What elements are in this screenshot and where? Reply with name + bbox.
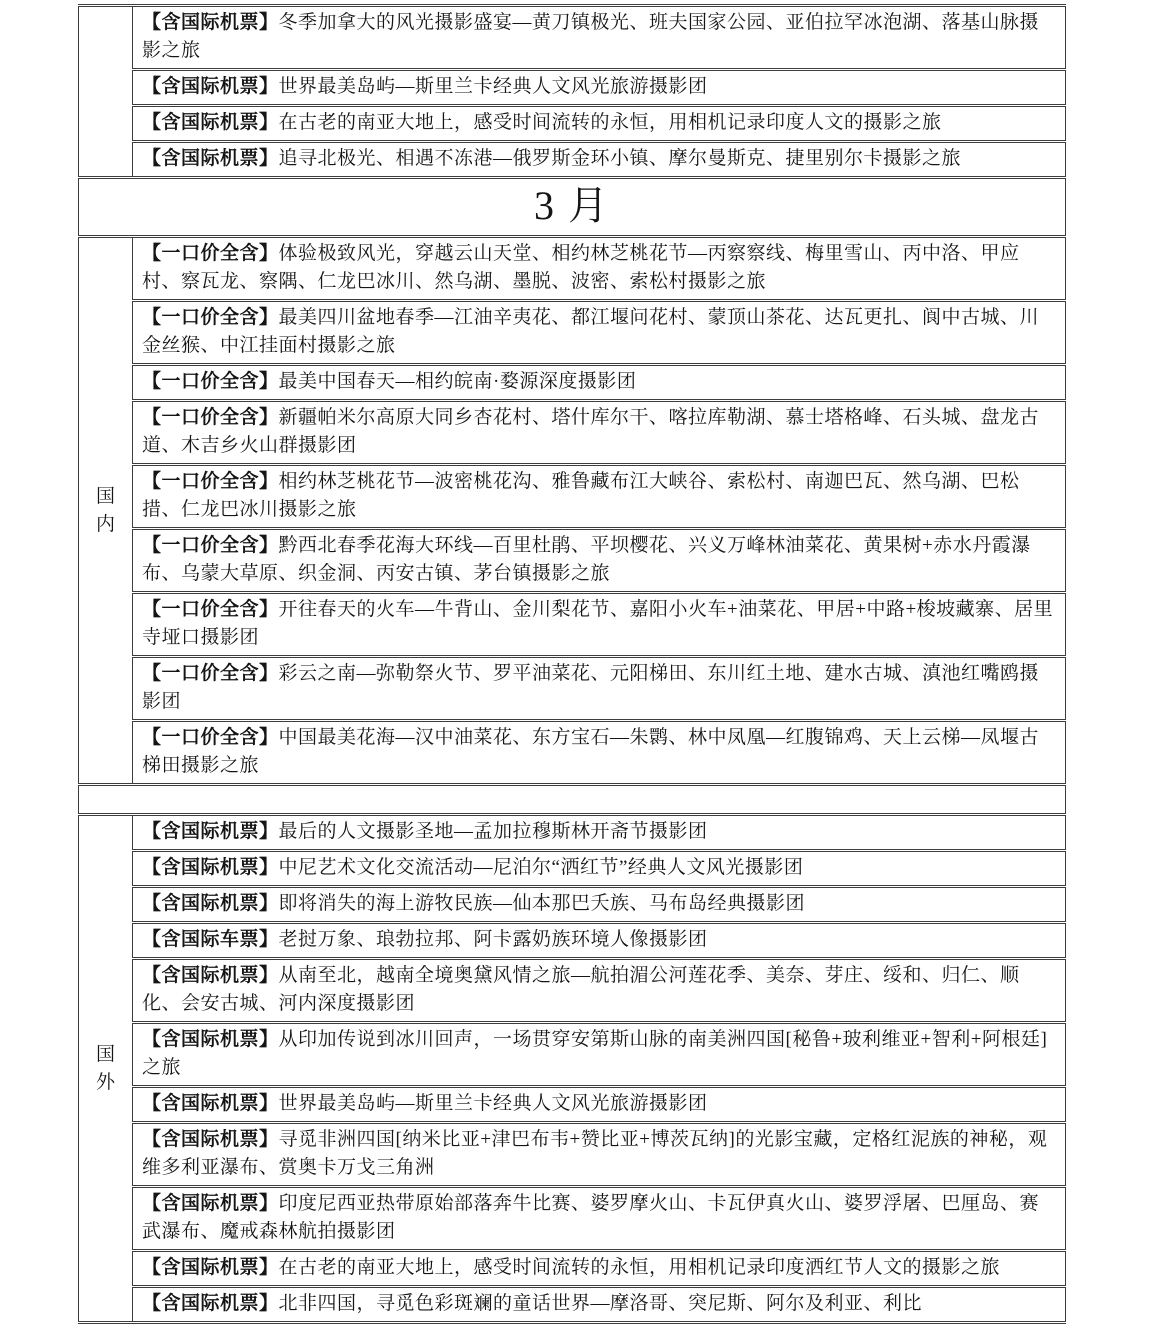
tour-cell: 【含国际机票】从印加传说到冰川回声，一场贯穿安第斯山脉的南美洲四国[秘鲁+玻利维… bbox=[133, 1023, 1066, 1087]
section-label-text: 国内 bbox=[95, 483, 117, 538]
tour-title: 追寻北极光、相遇不冻港—俄罗斯金环小镇、摩尔曼斯克、捷里别尔卡摄影之旅 bbox=[279, 148, 962, 169]
price-type-tag: 【一口价全含】 bbox=[142, 535, 279, 556]
price-type-tag: 【一口价全含】 bbox=[142, 371, 279, 392]
tour-row: 【含国际车票】老挝万象、琅勃拉邦、阿卡露奶族环境人像摄影团 bbox=[79, 923, 1066, 959]
tour-row: 【含国际机票】中尼艺术文化交流活动—尼泊尔“洒红节”经典人文风光摄影团 bbox=[79, 851, 1066, 887]
section-label-international: 国外 bbox=[79, 815, 133, 1323]
section-label-text: 国外 bbox=[95, 1041, 117, 1096]
tour-cell: 【含国际车票】老挝万象、琅勃拉邦、阿卡露奶族环境人像摄影团 bbox=[133, 923, 1066, 959]
price-type-tag: 【一口价全含】 bbox=[142, 599, 279, 620]
tour-row: 【含国际机票】从南至北，越南全境奥黛风情之旅—航拍湄公河莲花季、美奈、芽庄、绥和… bbox=[79, 959, 1066, 1023]
tour-cell: 【含国际机票】印度尼西亚热带原始部落奔牛比赛、婆罗摩火山、卡瓦伊真火山、婆罗浮屠… bbox=[133, 1187, 1066, 1251]
tour-row: 【含国际机票】冬季加拿大的风光摄影盛宴—黄刀镇极光、班夫国家公园、亚伯拉罕冰泡湖… bbox=[79, 6, 1066, 70]
tour-row: 【含国际机票】追寻北极光、相遇不冻港—俄罗斯金环小镇、摩尔曼斯克、捷里别尔卡摄影… bbox=[79, 142, 1066, 178]
tour-row: 【含国际机票】北非四国，寻觅色彩斑斓的童话世界—摩洛哥、突尼斯、阿尔及利亚、利比 bbox=[79, 1287, 1066, 1323]
tour-row: 【一口价全含】中国最美花海—汉中油菜花、东方宝石—朱鹮、林中凤凰—红腹锦鸡、天上… bbox=[79, 721, 1066, 785]
tour-row: 【含国际机票】世界最美岛屿—斯里兰卡经典人文风光旅游摄影团 bbox=[79, 70, 1066, 106]
ticket-type-tag: 【含国际机票】 bbox=[142, 1093, 279, 1114]
tour-cell: 【含国际机票】从南至北，越南全境奥黛风情之旅—航拍湄公河莲花季、美奈、芽庄、绥和… bbox=[133, 959, 1066, 1023]
tour-cell: 【含国际机票】即将消失的海上游牧民族—仙本那巴夭族、马布岛经典摄影团 bbox=[133, 887, 1066, 923]
tour-cell: 【含国际机票】寻觅非洲四国[纳米比亚+津巴布韦+赞比亚+博茨瓦纳]的光影宝藏，定… bbox=[133, 1123, 1066, 1187]
tour-title: 最美中国春天—相约皖南·婺源深度摄影团 bbox=[279, 371, 637, 392]
tour-row: 【一口价全含】新疆帕米尔高原大同乡杏花村、塔什库尔干、喀拉库勒湖、慕士塔格峰、石… bbox=[79, 401, 1066, 465]
tour-cell: 【含国际机票】追寻北极光、相遇不冻港—俄罗斯金环小镇、摩尔曼斯克、捷里别尔卡摄影… bbox=[133, 142, 1066, 178]
tour-title: 从印加传说到冰川回声，一场贯穿安第斯山脉的南美洲四国[秘鲁+玻利维亚+智利+阿根… bbox=[142, 1029, 1047, 1078]
tour-cell: 【含国际机票】世界最美岛屿—斯里兰卡经典人文风光旅游摄影团 bbox=[133, 1087, 1066, 1123]
tour-row: 【一口价全含】开往春天的火车—牛背山、金川梨花节、嘉阳小火车+油菜花、甲居+中路… bbox=[79, 593, 1066, 657]
price-type-tag: 【一口价全含】 bbox=[142, 307, 279, 328]
tour-row: 【一口价全含】彩云之南—弥勒祭火节、罗平油菜花、元阳梯田、东川红土地、建水古城、… bbox=[79, 657, 1066, 721]
tour-row: 【含国际机票】寻觅非洲四国[纳米比亚+津巴布韦+赞比亚+博茨瓦纳]的光影宝藏，定… bbox=[79, 1123, 1066, 1187]
tour-cell: 【一口价全含】黔西北春季花海大环线—百里杜鹃、平坝樱花、兴义万峰林油菜花、黄果树… bbox=[133, 529, 1066, 593]
month-header: 3 月 bbox=[79, 178, 1066, 237]
ticket-type-tag: 【含国际机票】 bbox=[142, 148, 279, 169]
tour-row: 【一口价全含】最美中国春天—相约皖南·婺源深度摄影团 bbox=[79, 365, 1066, 401]
tour-cell: 【含国际机票】在古老的南亚大地上，感受时间流转的永恒，用相机记录印度洒红节人文的… bbox=[133, 1251, 1066, 1287]
ticket-type-tag: 【含国际机票】 bbox=[142, 893, 279, 914]
tour-title: 在古老的南亚大地上，感受时间流转的永恒，用相机记录印度洒红节人文的摄影之旅 bbox=[279, 1257, 1001, 1278]
tour-cell: 【一口价全含】彩云之南—弥勒祭火节、罗平油菜花、元阳梯田、东川红土地、建水古城、… bbox=[133, 657, 1066, 721]
tour-row: 【含国际机票】从印加传说到冰川回声，一场贯穿安第斯山脉的南美洲四国[秘鲁+玻利维… bbox=[79, 1023, 1066, 1087]
document-page: 【含国际机票】冬季加拿大的风光摄影盛宴—黄刀镇极光、班夫国家公园、亚伯拉罕冰泡湖… bbox=[0, 0, 1150, 1324]
ticket-type-tag: 【含国际机票】 bbox=[142, 1029, 279, 1050]
spacer-cell bbox=[79, 785, 1066, 815]
tour-schedule-table: 【含国际机票】冬季加拿大的风光摄影盛宴—黄刀镇极光、班夫国家公园、亚伯拉罕冰泡湖… bbox=[78, 4, 1066, 1324]
price-type-tag: 【一口价全含】 bbox=[142, 243, 279, 264]
ticket-type-tag: 【含国际机票】 bbox=[142, 965, 279, 986]
spacer-row bbox=[79, 785, 1066, 815]
tour-cell: 【一口价全含】最美中国春天—相约皖南·婺源深度摄影团 bbox=[133, 365, 1066, 401]
tour-cell: 【含国际机票】冬季加拿大的风光摄影盛宴—黄刀镇极光、班夫国家公园、亚伯拉罕冰泡湖… bbox=[133, 6, 1066, 70]
section-label-domestic: 国内 bbox=[79, 237, 133, 785]
tour-row: 【一口价全含】黔西北春季花海大环线—百里杜鹃、平坝樱花、兴义万峰林油菜花、黄果树… bbox=[79, 529, 1066, 593]
tour-row: 【含国际机票】即将消失的海上游牧民族—仙本那巴夭族、马布岛经典摄影团 bbox=[79, 887, 1066, 923]
tour-cell: 【含国际机票】世界最美岛屿—斯里兰卡经典人文风光旅游摄影团 bbox=[133, 70, 1066, 106]
tour-cell: 【一口价全含】开往春天的火车—牛背山、金川梨花节、嘉阳小火车+油菜花、甲居+中路… bbox=[133, 593, 1066, 657]
tour-row: 【含国际机票】在古老的南亚大地上，感受时间流转的永恒，用相机记录印度洒红节人文的… bbox=[79, 1251, 1066, 1287]
tour-title: 中尼艺术文化交流活动—尼泊尔“洒红节”经典人文风光摄影团 bbox=[279, 857, 804, 878]
tour-title: 世界最美岛屿—斯里兰卡经典人文风光旅游摄影团 bbox=[279, 1093, 708, 1114]
tour-row: 国内 【一口价全含】体验极致风光，穿越云山天堂、相约林芝桃花节—丙察察线、梅里雪… bbox=[79, 237, 1066, 301]
tour-row: 国外 【含国际机票】最后的人文摄影圣地—孟加拉穆斯林开斋节摄影团 bbox=[79, 815, 1066, 851]
ticket-type-tag: 【含国际机票】 bbox=[142, 1257, 279, 1278]
tour-row: 【含国际机票】印度尼西亚热带原始部落奔牛比赛、婆罗摩火山、卡瓦伊真火山、婆罗浮屠… bbox=[79, 1187, 1066, 1251]
ticket-type-tag: 【含国际车票】 bbox=[142, 929, 279, 950]
month-header-row: 3 月 bbox=[79, 178, 1066, 237]
tour-cell: 【含国际机票】最后的人文摄影圣地—孟加拉穆斯林开斋节摄影团 bbox=[133, 815, 1066, 851]
tour-title: 北非四国，寻觅色彩斑斓的童话世界—摩洛哥、突尼斯、阿尔及利亚、利比 bbox=[279, 1293, 923, 1314]
tour-title: 老挝万象、琅勃拉邦、阿卡露奶族环境人像摄影团 bbox=[279, 929, 708, 950]
price-type-tag: 【一口价全含】 bbox=[142, 727, 279, 748]
tour-row: 【一口价全含】相约林芝桃花节—波密桃花沟、雅鲁藏布江大峡谷、索松村、南迦巴瓦、然… bbox=[79, 465, 1066, 529]
ticket-type-tag: 【含国际机票】 bbox=[142, 1129, 279, 1150]
tour-cell: 【一口价全含】体验极致风光，穿越云山天堂、相约林芝桃花节—丙察察线、梅里雪山、丙… bbox=[133, 237, 1066, 301]
ticket-type-tag: 【含国际机票】 bbox=[142, 1193, 279, 1214]
tour-cell: 【一口价全含】中国最美花海—汉中油菜花、东方宝石—朱鹮、林中凤凰—红腹锦鸡、天上… bbox=[133, 721, 1066, 785]
tour-title: 世界最美岛屿—斯里兰卡经典人文风光旅游摄影团 bbox=[279, 76, 708, 97]
tour-title: 在古老的南亚大地上，感受时间流转的永恒，用相机记录印度人文的摄影之旅 bbox=[279, 112, 942, 133]
ticket-type-tag: 【含国际机票】 bbox=[142, 112, 279, 133]
section-label-empty bbox=[79, 6, 133, 178]
ticket-type-tag: 【含国际机票】 bbox=[142, 821, 279, 842]
tour-cell: 【含国际机票】中尼艺术文化交流活动—尼泊尔“洒红节”经典人文风光摄影团 bbox=[133, 851, 1066, 887]
ticket-type-tag: 【含国际机票】 bbox=[142, 76, 279, 97]
tour-title: 寻觅非洲四国[纳米比亚+津巴布韦+赞比亚+博茨瓦纳]的光影宝藏，定格红泥族的神秘… bbox=[142, 1129, 1047, 1178]
price-type-tag: 【一口价全含】 bbox=[142, 663, 279, 684]
tour-row: 【一口价全含】最美四川盆地春季—江油辛夷花、都江堰问花村、蒙顶山茶花、达瓦更扎、… bbox=[79, 301, 1066, 365]
price-type-tag: 【一口价全含】 bbox=[142, 471, 279, 492]
tour-title: 即将消失的海上游牧民族—仙本那巴夭族、马布岛经典摄影团 bbox=[279, 893, 806, 914]
tour-title: 开往春天的火车—牛背山、金川梨花节、嘉阳小火车+油菜花、甲居+中路+梭坡藏寨、居… bbox=[142, 599, 1053, 648]
tour-row: 【含国际机票】世界最美岛屿—斯里兰卡经典人文风光旅游摄影团 bbox=[79, 1087, 1066, 1123]
price-type-tag: 【一口价全含】 bbox=[142, 407, 279, 428]
tour-cell: 【一口价全含】相约林芝桃花节—波密桃花沟、雅鲁藏布江大峡谷、索松村、南迦巴瓦、然… bbox=[133, 465, 1066, 529]
tour-cell: 【含国际机票】北非四国，寻觅色彩斑斓的童话世界—摩洛哥、突尼斯、阿尔及利亚、利比 bbox=[133, 1287, 1066, 1323]
tour-cell: 【一口价全含】最美四川盆地春季—江油辛夷花、都江堰问花村、蒙顶山茶花、达瓦更扎、… bbox=[133, 301, 1066, 365]
ticket-type-tag: 【含国际机票】 bbox=[142, 857, 279, 878]
tour-cell: 【一口价全含】新疆帕米尔高原大同乡杏花村、塔什库尔干、喀拉库勒湖、慕士塔格峰、石… bbox=[133, 401, 1066, 465]
ticket-type-tag: 【含国际机票】 bbox=[142, 1293, 279, 1314]
tour-cell: 【含国际机票】在古老的南亚大地上，感受时间流转的永恒，用相机记录印度人文的摄影之… bbox=[133, 106, 1066, 142]
tour-row: 【含国际机票】在古老的南亚大地上，感受时间流转的永恒，用相机记录印度人文的摄影之… bbox=[79, 106, 1066, 142]
ticket-type-tag: 【含国际机票】 bbox=[142, 12, 279, 33]
tour-title: 最后的人文摄影圣地—孟加拉穆斯林开斋节摄影团 bbox=[279, 821, 708, 842]
